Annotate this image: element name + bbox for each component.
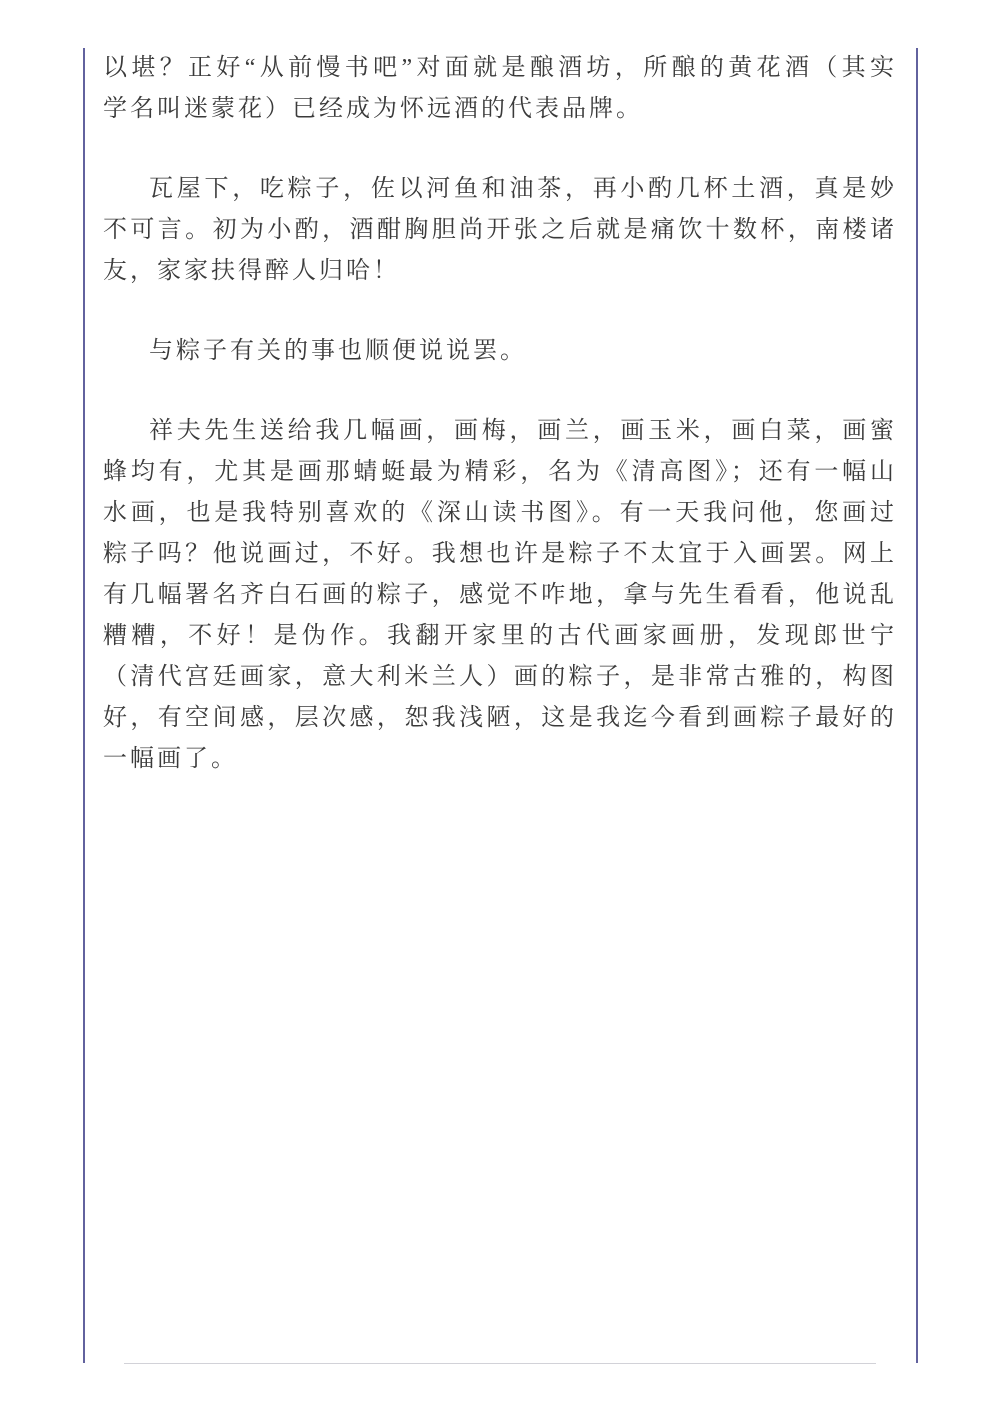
- paragraph: 与粽子有关的事也顺便说说罢。: [103, 331, 897, 372]
- text-line: 与粽子有关的事也顺便说说罢。: [103, 331, 897, 372]
- text-line: 有几幅署名齐白石画的粽子，感觉不咋地，拿与先生看看，他说乱: [103, 575, 897, 616]
- text-line: 瓦屋下，吃粽子，佐以河鱼和油茶，再小酌几杯土酒，真是妙: [103, 169, 897, 210]
- text-line: 以堪？正好“从前慢书吧”对面就是酿酒坊，所酿的黄花酒（其实: [103, 48, 897, 89]
- text-line: 友，家家扶得醉人归哈！: [103, 251, 897, 292]
- text-line: 学名叫迷蒙花）已经成为怀远酒的代表品牌。: [103, 89, 897, 130]
- text-line: 水画，也是我特别喜欢的《深山读书图》。有一天我问他，您画过: [103, 493, 897, 534]
- paragraph: 瓦屋下，吃粽子，佐以河鱼和油茶，再小酌几杯土酒，真是妙 不可言。初为小酌，酒酣胸…: [103, 169, 897, 292]
- paragraph: 祥夫先生送给我几幅画，画梅，画兰，画玉米，画白菜，画蜜 蜂均有，尤其是画那蜻蜓最…: [103, 411, 897, 780]
- text-line: 糟糟，不好！是伪作。我翻开家里的古代画家画册，发现郎世宁: [103, 616, 897, 657]
- paragraph: 以堪？正好“从前慢书吧”对面就是酿酒坊，所酿的黄花酒（其实 学名叫迷蒙花）已经成…: [103, 48, 897, 130]
- page-bottom-divider: [124, 1363, 876, 1364]
- text-line: （清代宫廷画家，意大利米兰人）画的粽子，是非常古雅的，构图: [103, 657, 897, 698]
- text-line: 一幅画了。: [103, 739, 897, 780]
- text-line: 粽子吗？他说画过，不好。我想也许是粽子不太宜于入画罢。网上: [103, 534, 897, 575]
- text-line: 不可言。初为小酌，酒酣胸胆尚开张之后就是痛饮十数杯，南楼诸: [103, 210, 897, 251]
- document-page: 以堪？正好“从前慢书吧”对面就是酿酒坊，所酿的黄花酒（其实 学名叫迷蒙花）已经成…: [83, 48, 918, 1363]
- text-line: 好，有空间感，层次感，恕我浅陋，这是我迄今看到画粽子最好的: [103, 698, 897, 739]
- text-line: 蜂均有，尤其是画那蜻蜓最为精彩，名为《清高图》；还有一幅山: [103, 452, 897, 493]
- text-line: 祥夫先生送给我几幅画，画梅，画兰，画玉米，画白菜，画蜜: [103, 411, 897, 452]
